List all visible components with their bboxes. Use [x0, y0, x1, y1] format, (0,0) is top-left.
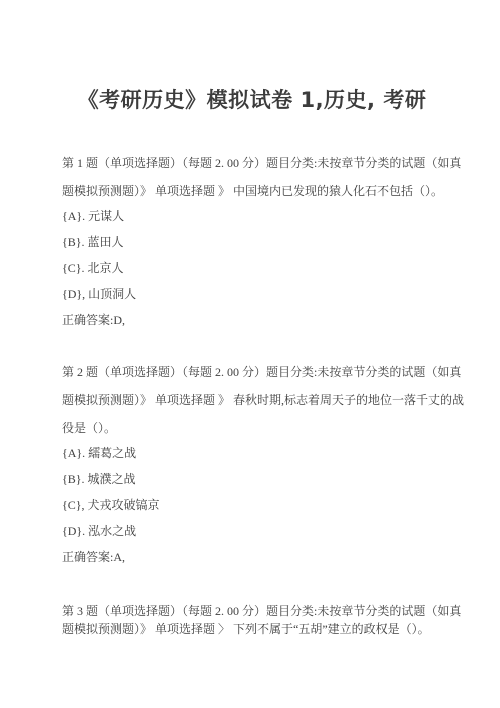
question-block-1: 第 1 题（单项选择题）（每题 2. 00 分）题目分类:未按章节分类的试题（如… — [62, 149, 442, 333]
option-line-d: {D}, 山顶洞人 — [62, 281, 442, 307]
option-line-b: {B}. 蓝田人 — [62, 229, 442, 255]
page-title: 《考研历史》模拟试卷 1,历史, 考研 — [62, 86, 442, 114]
question-text-line: 役是（）。 — [62, 414, 442, 442]
option-line-c: {C}. 北京人 — [62, 255, 442, 281]
question-block-3: 第 3 题（单项选择题）（每题 2. 00 分）题目分类:未按章节分类的试题（如… — [62, 602, 442, 638]
question-1-text: 第 1 题（单项选择题）（每题 2. 00 分）题目分类:未按章节分类的试题（如… — [62, 149, 442, 205]
question-text-line: 第 1 题（单项选择题）（每题 2. 00 分）题目分类:未按章节分类的试题（如… — [62, 149, 442, 177]
option-line-a: {A}. 元谋人 — [62, 203, 442, 229]
option-line-b: {B}. 城濮之战 — [62, 466, 442, 492]
question-text-line: 第 3 题（单项选择题）（每题 2. 00 分）题目分类:未按章节分类的试题（如… — [62, 602, 442, 620]
question-2-options: {A}. 繻葛之战 {B}. 城濮之战 {C}, 犬戎攻破镐京 {D}. 泓水之… — [62, 440, 442, 570]
question-text-line: 题模拟预测题）》 单项选择题 》 中国境内已发现的猿人化石不包括（）。 — [62, 177, 442, 205]
option-line-a: {A}. 繻葛之战 — [62, 440, 442, 466]
exam-document-page: 《考研历史》模拟试卷 1,历史, 考研 第 1 题（单项选择题）（每题 2. 0… — [0, 0, 500, 708]
option-line-c: {C}, 犬戎攻破镐京 — [62, 492, 442, 518]
question-text-line: 题模拟预测题）》 单项选择题 〉 下列不属于“五胡”建立的政权是（）。 — [62, 620, 442, 638]
question-3-text: 第 3 题（单项选择题）（每题 2. 00 分）题目分类:未按章节分类的试题（如… — [62, 602, 442, 638]
question-1-options: {A}. 元谋人 {B}. 蓝田人 {C}. 北京人 {D}, 山顶洞人 正确答… — [62, 203, 442, 333]
question-text-line: 题模拟预测题）》 单项选择题 》 春秋时期,标志着周天子的地位一落千丈的战 — [62, 386, 442, 414]
answer-line: 正确答案:D, — [62, 307, 442, 333]
question-2-text: 第 2 题（单项选择题）（每题 2. 00 分）题目分类:未按章节分类的试题（如… — [62, 358, 442, 442]
question-block-2: 第 2 题（单项选择题）（每题 2. 00 分）题目分类:未按章节分类的试题（如… — [62, 358, 442, 570]
question-text-line: 第 2 题（单项选择题）（每题 2. 00 分）题目分类:未按章节分类的试题（如… — [62, 358, 442, 386]
option-line-d: {D}. 泓水之战 — [62, 518, 442, 544]
answer-line: 正确答案:A, — [62, 544, 442, 570]
